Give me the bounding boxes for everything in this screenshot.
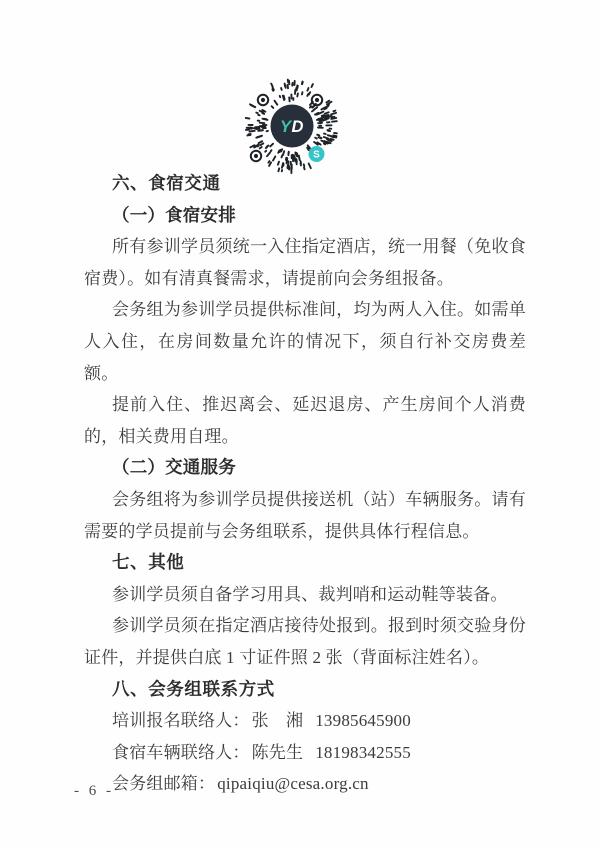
qr-code-graphic: YDS — [242, 76, 342, 176]
contact-line-registration: 培训报名联络人：张 湘13985645900 — [84, 705, 526, 737]
paragraph-equipment: 参训学员须自备学习用具、裁判哨和运动鞋等装备。 — [84, 579, 526, 611]
contact-line-email: 会务组邮箱：qipaiqiu@cesa.org.cn — [84, 768, 526, 800]
paragraph-extra-fees: 提前入住、推迟离会、延迟退房、产生房间个人消费的，相关费用自理。 — [84, 389, 526, 452]
section-heading-food-transport: 六、食宿交通 — [84, 168, 526, 200]
subheading-transport-service: （二）交通服务 — [84, 452, 526, 484]
section-heading-contacts: 八、会务组联系方式 — [84, 674, 526, 706]
contact-label: 食宿车辆联络人： — [112, 743, 250, 762]
subheading-accommodation: （一）食宿安排 — [84, 200, 526, 232]
paragraph-standard-room: 会务组为参训学员提供标准间，均为两人入住。如需单人入住，在房间数量允许的情况下，… — [84, 294, 526, 389]
contact-label: 培训报名联络人： — [112, 711, 250, 730]
paragraph-checkin-id: 参训学员须在指定酒店接待处报到。报到时须交验身份证件，并提供白底 1 寸证件照 … — [84, 610, 526, 673]
contact-line-lodging-vehicle: 食宿车辆联络人：陈先生18198342555 — [84, 737, 526, 769]
svg-text:S: S — [313, 150, 320, 161]
contact-email: qipaiqiu@cesa.org.cn — [217, 774, 369, 793]
page-number: - 6 - — [74, 783, 114, 800]
contact-name: 陈先生 — [252, 743, 304, 762]
contact-phone: 13985645900 — [315, 711, 411, 730]
contact-phone: 18198342555 — [315, 743, 411, 762]
svg-text:YD: YD — [280, 118, 304, 136]
contact-name: 张 湘 — [252, 711, 304, 730]
contact-label: 会务组邮箱： — [112, 774, 215, 793]
section-heading-others: 七、其他 — [84, 547, 526, 579]
wechat-mini-program-code: YDS — [242, 76, 342, 176]
paragraph-shuttle-service: 会务组将为参训学员提供接送机（站）车辆服务。请有需要的学员提前与会务组联系，提供… — [84, 484, 526, 547]
scanned-document-page: YDS 六、食宿交通 （一）食宿安排 所有参训学员须统一入住指定酒店，统一用餐（… — [0, 0, 600, 848]
document-body: 六、食宿交通 （一）食宿安排 所有参训学员须统一入住指定酒店，统一用餐（免收食宿… — [84, 168, 526, 800]
paragraph-hotel-meals: 所有参训学员须统一入住指定酒店，统一用餐（免收食宿费）。如有清真餐需求，请提前向… — [84, 231, 526, 294]
